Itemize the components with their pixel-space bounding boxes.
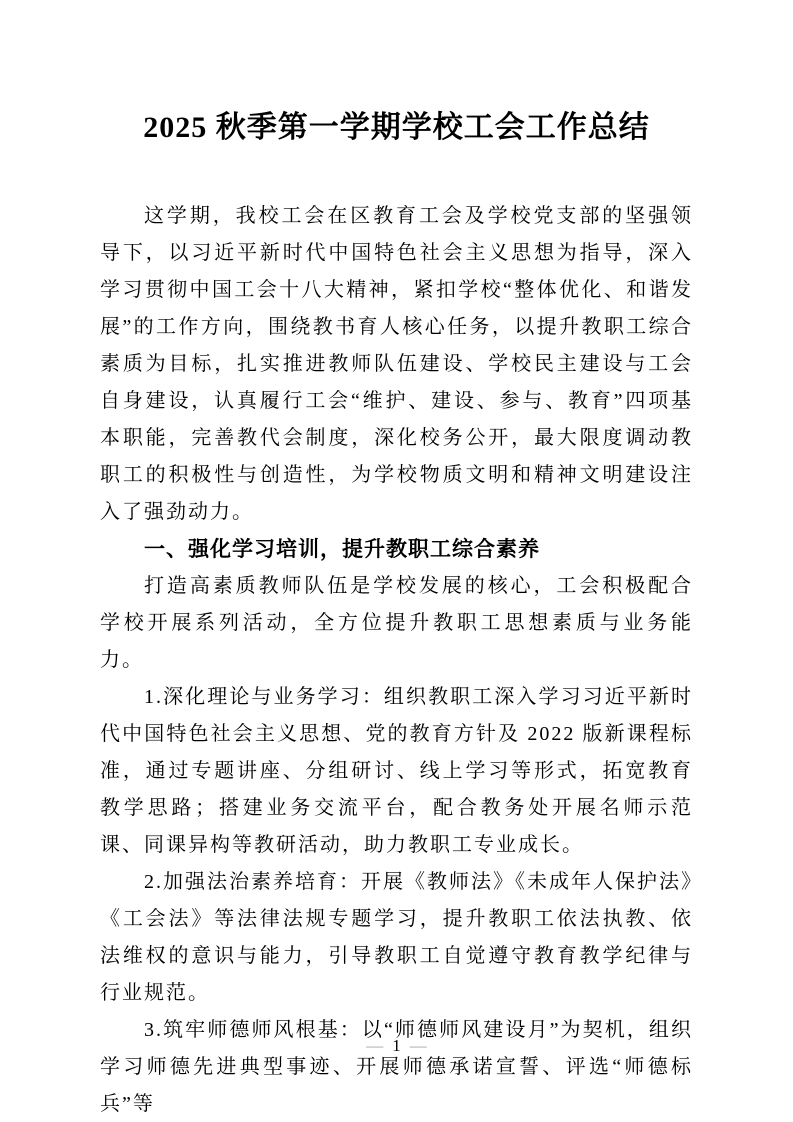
numbered-item-3-truncated: 3.筑牢师德师风根基：以“师德师风建设月”为契机，组织学习师德先进典型事迹、开展…: [100, 1012, 693, 1122]
section-lead-paragraph: 打造高素质教师队伍是学校发展的核心，工会积极配合学校开展系列活动，全方位提升教职…: [100, 568, 693, 679]
section-heading-1: 一、强化学习培训，提升教职工综合素养: [100, 531, 693, 568]
document-title: 2025 秋季第一学期学校工会工作总结: [100, 108, 693, 148]
numbered-item-2: 2.加强法治素养培育：开展《教师法》《未成年人保护法》《工会法》等法律法规专题学…: [100, 864, 693, 1012]
page-number-left-dash: —: [366, 1036, 383, 1055]
page-number-value: 1: [383, 1036, 410, 1055]
intro-paragraph: 这学期，我校工会在区教育工会及学校党支部的坚强领导下，以习近平新时代中国特色社会…: [100, 198, 693, 531]
document-page: 2025 秋季第一学期学校工会工作总结 这学期，我校工会在区教育工会及学校党支部…: [0, 0, 793, 1122]
numbered-item-1: 1.深化理论与业务学习：组织教职工深入学习习近平新时代中国特色社会主义思想、党的…: [100, 679, 693, 864]
page-number-footer: —1—: [0, 1035, 793, 1057]
page-number-right-dash: —: [410, 1036, 427, 1055]
